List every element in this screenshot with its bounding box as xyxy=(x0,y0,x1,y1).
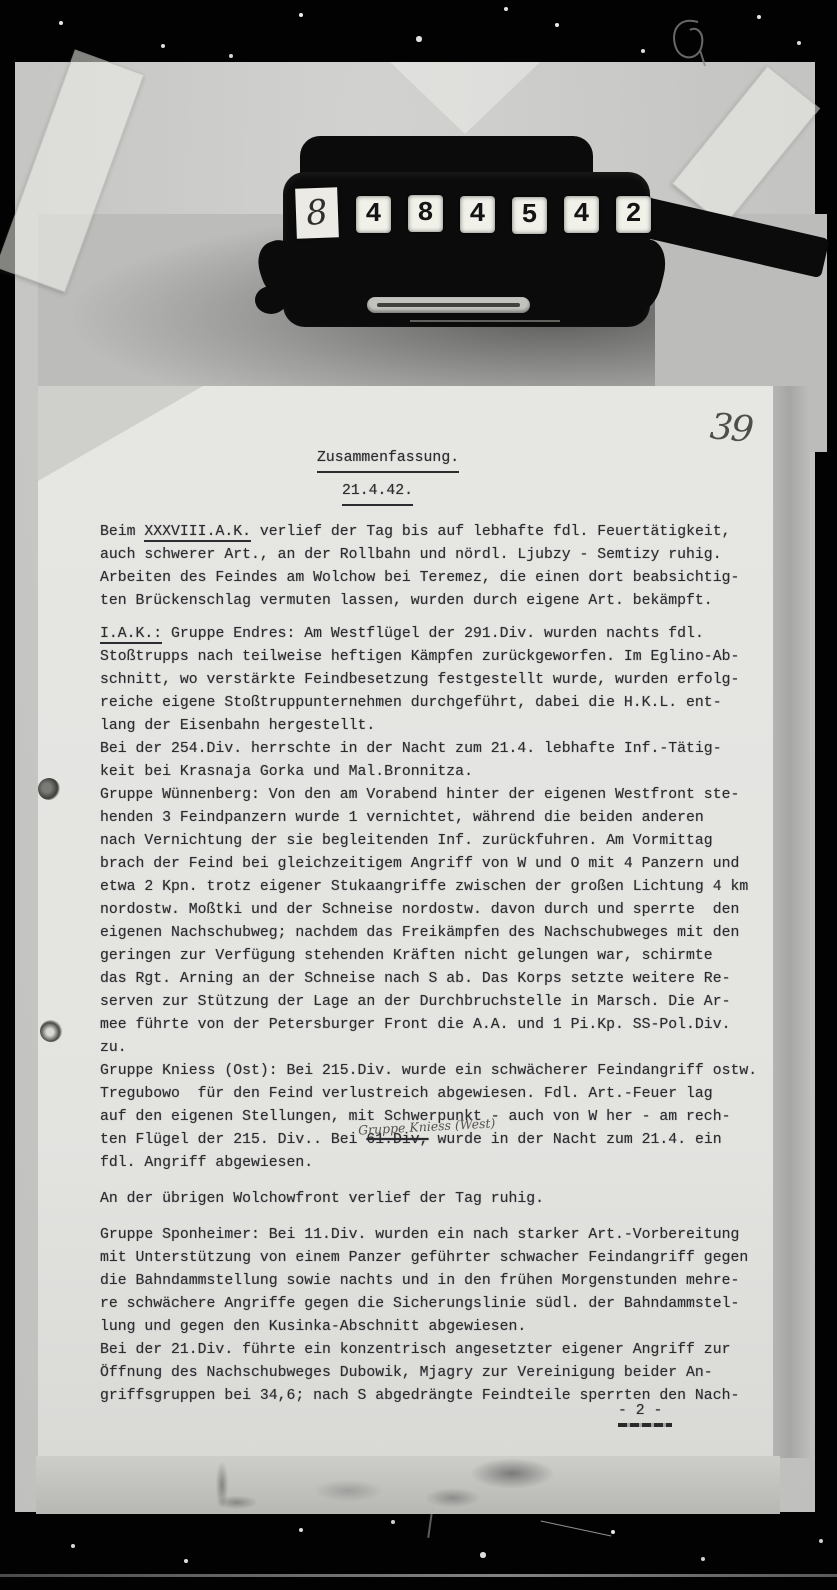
typed-line: keit bei Krasnaja Gorka und Mal.Bronnitz… xyxy=(100,761,790,784)
typed-text: etwa 2 Kpn. trotz eigener Stukaangriffe … xyxy=(100,879,748,895)
typed-text: mit Unterstützung von einem Panzer gefüh… xyxy=(100,1250,748,1266)
document-body: Beim XXXVIII.A.K. verlief der Tag bis au… xyxy=(100,521,790,1408)
typed-line: mee führte von der Petersburger Front di… xyxy=(100,1014,790,1037)
counter-device-slot-inner xyxy=(377,303,520,307)
document-title: Zusammenfassung. xyxy=(317,447,459,473)
typed-line: Bei der 21.Div. führte ein konzentrisch … xyxy=(100,1339,790,1362)
typed-line: reiche eigene Stoßtruppunternehmen durch… xyxy=(100,692,790,715)
typed-line: die Bahndammstellung sowie nachts und in… xyxy=(100,1270,790,1293)
typed-line: I.A.K.: Gruppe Endres: Am Westflügel der… xyxy=(100,623,790,646)
counter-device-slot-line xyxy=(410,320,560,322)
typed-line: griffsgruppen bei 34,6; nach S abgedräng… xyxy=(100,1385,790,1408)
typed-text: Gruppe Endres: Am Westflügel der 291.Div… xyxy=(162,626,704,642)
typed-line: ten Flügel der 215. Div.. Bei 61.Div,Gru… xyxy=(100,1129,790,1152)
paragraph: I.A.K.: Gruppe Endres: Am Westflügel der… xyxy=(100,623,790,1175)
counter-digit: 4 xyxy=(460,196,495,233)
typed-text: schnitt, wo verstärkte Feindbesetzung fe… xyxy=(100,672,739,688)
paragraph: An der übrigen Wolchowfront verlief der … xyxy=(100,1188,790,1211)
counter-device-slot xyxy=(367,297,530,313)
typed-text: Öffnung des Nachschubweges Dubowik, Mjag… xyxy=(100,1365,713,1381)
typed-text: Bei der 21.Div. führte ein konzentrisch … xyxy=(100,1342,730,1358)
typed-line: auch schwerer Art., an der Rollbahn und … xyxy=(100,544,790,567)
typed-text: Gruppe Sponheimer: Bei 11.Div. wurden ei… xyxy=(100,1227,739,1243)
typed-line: re schwächere Angriffe gegen die Sicheru… xyxy=(100,1293,790,1316)
typed-text: Bei der 254.Div. herrschte in der Nacht … xyxy=(100,741,722,757)
typed-line: fdl. Angriff abgewiesen. xyxy=(100,1152,790,1175)
document-date-line: 21.4.42. xyxy=(100,480,790,506)
counter-device-left-knob-2 xyxy=(255,286,287,314)
typed-line: Tregubowo für den Feind verlustreich abg… xyxy=(100,1083,790,1106)
typed-line: schnitt, wo verstärkte Feindbesetzung fe… xyxy=(100,669,790,692)
typed-line: nach Vernichtung der sie begleitenden In… xyxy=(100,830,790,853)
typed-text: wurde in der Nacht zum 21.4. ein xyxy=(429,1132,722,1148)
typed-line: Bei der 254.Div. herrschte in der Nacht … xyxy=(100,738,790,761)
typed-line: Beim XXXVIII.A.K. verlief der Tag bis au… xyxy=(100,521,790,544)
typed-text: ten Flügel der 215. Div.. Bei xyxy=(100,1132,366,1148)
counter-frame-label: 8 xyxy=(295,187,339,238)
pen-scribble-mark xyxy=(666,14,712,70)
microfilm-frame: 8 484542 Zusammenfassung. 21.4.42. Beim … xyxy=(0,0,837,1590)
typed-line: Öffnung des Nachschubweges Dubowik, Mjag… xyxy=(100,1362,790,1385)
counter-digit: 4 xyxy=(564,196,599,233)
typed-line: geringen zur Verfügung stehenden Kräften… xyxy=(100,945,790,968)
paragraph: Gruppe Sponheimer: Bei 11.Div. wurden ei… xyxy=(100,1224,790,1408)
typed-line: das Rgt. Arning an der Schneise nach S a… xyxy=(100,968,790,991)
typed-text: die Bahndammstellung sowie nachts und in… xyxy=(100,1273,739,1289)
counter-digit: 2 xyxy=(616,196,651,233)
film-edge-line xyxy=(0,1574,837,1577)
typed-line: brach der Feind bei gleichzeitigem Angri… xyxy=(100,853,790,876)
typed-text: geringen zur Verfügung stehenden Kräften… xyxy=(100,948,713,964)
page-number-footer: - 2 - xyxy=(618,1403,662,1419)
typed-line: Gruppe Wünnenberg: Von den am Vorabend h… xyxy=(100,784,790,807)
typed-text: Arbeiten des Feindes am Wolchow bei Tere… xyxy=(100,570,739,586)
typed-text: serven zur Stützung der Lage an der Durc… xyxy=(100,994,730,1010)
typed-text: re schwächere Angriffe gegen die Sicheru… xyxy=(100,1296,739,1312)
film-dust-specks xyxy=(0,0,2,2)
film-scratch-1 xyxy=(541,1521,612,1537)
typed-text: nordostw. Moßtki und der Schneise nordos… xyxy=(100,902,739,918)
typed-line: ten Brückenschlag vermuten lassen, wurde… xyxy=(100,590,790,613)
typed-text: Tregubowo für den Feind verlustreich abg… xyxy=(100,1086,713,1102)
typed-line: Gruppe Sponheimer: Bei 11.Div. wurden ei… xyxy=(100,1224,790,1247)
typed-line: mit Unterstützung von einem Panzer gefüh… xyxy=(100,1247,790,1270)
counter-digit: 4 xyxy=(356,196,391,233)
document-date: 21.4.42. xyxy=(342,480,413,506)
counter-digit: 8 xyxy=(408,195,443,232)
typed-text: Stoßtrupps nach teilweise heftigen Kämpf… xyxy=(100,649,739,665)
typed-text: nach Vernichtung der sie begleitenden In… xyxy=(100,833,713,849)
paragraph: Beim XXXVIII.A.K. verlief der Tag bis au… xyxy=(100,521,790,613)
document-text: Zusammenfassung. 21.4.42. Beim XXXVIII.A… xyxy=(100,447,790,1427)
typed-text: das Rgt. Arning an der Schneise nach S a… xyxy=(100,971,730,987)
handwritten-page-number: 39 xyxy=(708,406,753,450)
typed-line: lung und gegen den Kusinka-Abschnitt abg… xyxy=(100,1316,790,1339)
typed-line: Gruppe Kniess (Ost): Bei 215.Div. wurde … xyxy=(100,1060,790,1083)
typed-line: Arbeiten des Feindes am Wolchow bei Tere… xyxy=(100,567,790,590)
typed-text: keit bei Krasnaja Gorka und Mal.Bronnitz… xyxy=(100,764,473,780)
typed-line: eigenen Nachschubweg; nachdem das Freikä… xyxy=(100,922,790,945)
typed-line: henden 3 Feindpanzern wurde 1 vernichtet… xyxy=(100,807,790,830)
page-footer-underline xyxy=(618,1423,672,1427)
typed-text: brach der Feind bei gleichzeitigem Angri… xyxy=(100,856,739,872)
typed-line: etwa 2 Kpn. trotz eigener Stukaangriffe … xyxy=(100,876,790,899)
typed-text: reiche eigene Stoßtruppunternehmen durch… xyxy=(100,695,722,711)
typed-line: lang der Eisenbahn hergestellt. xyxy=(100,715,790,738)
typed-text: auch schwerer Art., an der Rollbahn und … xyxy=(100,547,722,563)
document-title-line: Zusammenfassung. xyxy=(100,447,790,473)
typed-text: Gruppe Kniess (Ost): Bei 215.Div. wurde … xyxy=(100,1063,757,1079)
typed-text: An der übrigen Wolchowfront verlief der … xyxy=(100,1191,544,1207)
typed-line: An der übrigen Wolchowfront verlief der … xyxy=(100,1188,790,1211)
typed-line: zu. xyxy=(100,1037,790,1060)
typed-text: verlief der Tag bis auf lebhafte fdl. Fe… xyxy=(251,524,731,540)
typed-line: nordostw. Moßtki und der Schneise nordos… xyxy=(100,899,790,922)
counter-frame-label-digit: 8 xyxy=(304,195,329,231)
counter-digit: 5 xyxy=(512,197,547,234)
underlined-text: I.A.K.: xyxy=(100,626,162,644)
typed-line: Stoßtrupps nach teilweise heftigen Kämpf… xyxy=(100,646,790,669)
typed-text: lang der Eisenbahn hergestellt. xyxy=(100,718,375,734)
struck-text: 61.Div,Gruppe Kniess (West) xyxy=(366,1132,428,1148)
typed-text: zu. xyxy=(100,1040,127,1056)
typed-text: ten Brückenschlag vermuten lassen, wurde… xyxy=(100,593,713,609)
punch-hole-mark-1 xyxy=(38,778,60,800)
typed-text: mee führte von der Petersburger Front di… xyxy=(100,1017,730,1033)
paper-bottom-smudges xyxy=(36,1456,780,1514)
counter-digits: 484542 xyxy=(356,196,651,233)
typed-text: fdl. Angriff abgewiesen. xyxy=(100,1155,313,1171)
typed-line: serven zur Stützung der Lage an der Durc… xyxy=(100,991,790,1014)
typed-text: lung und gegen den Kusinka-Abschnitt abg… xyxy=(100,1319,526,1335)
typed-text: Gruppe Wünnenberg: Von den am Vorabend h… xyxy=(100,787,739,803)
punch-hole-mark-2 xyxy=(40,1020,62,1042)
typed-text: eigenen Nachschubweg; nachdem das Freikä… xyxy=(100,925,739,941)
underlined-text: XXXVIII.A.K. xyxy=(144,524,251,542)
typed-text: Beim xyxy=(100,524,144,540)
typed-text: henden 3 Feindpanzern wurde 1 vernichtet… xyxy=(100,810,704,826)
